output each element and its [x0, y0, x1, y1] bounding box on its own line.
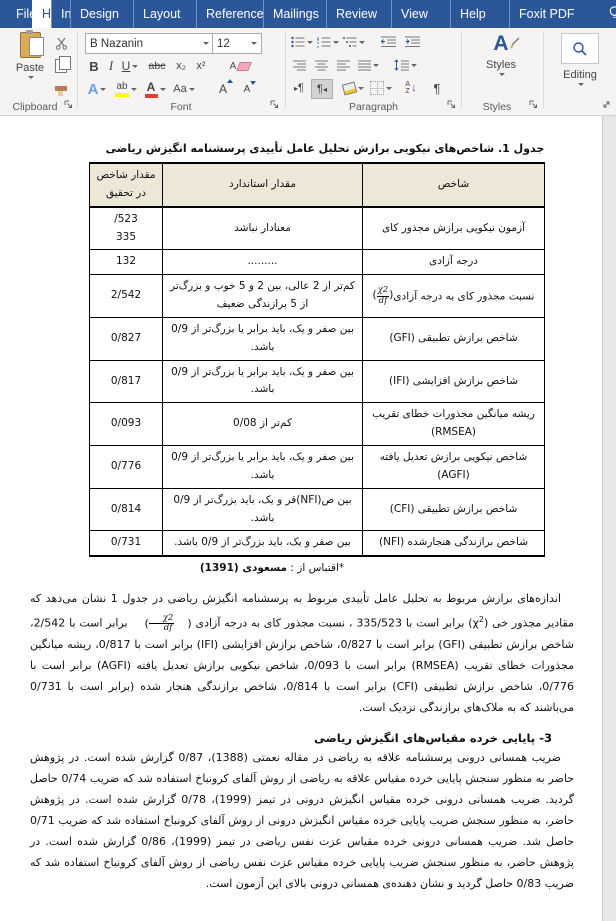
magnifier-box [561, 33, 599, 64]
table-row: شاخص برازندگی هنجارشده (NFI) بین صفر و ی… [90, 531, 545, 556]
chevron-down-icon [189, 88, 195, 91]
cell-index: شاخص برازش تطبیقی (GFI) [363, 317, 545, 360]
chevron-down-icon [100, 88, 106, 91]
cell-value: 0/731 [90, 531, 163, 556]
caption-source: مسعودی (1391) [200, 562, 287, 574]
search-icon [572, 41, 588, 57]
paste-clipboard-icon [20, 32, 41, 58]
text-effects-a: A [88, 81, 99, 98]
table-row: نسبت مجذور کای به درجه آزادی(χ2df) کم‌تر… [90, 275, 545, 318]
copy-icon [55, 59, 67, 73]
chevron-down-icon [251, 42, 257, 45]
section-heading-reliability: 3- پایایی خرده مقیاس‌های انگیزش ریاضی [30, 731, 552, 745]
cell-value: 132 [90, 250, 163, 275]
italic-button[interactable]: I [104, 57, 118, 75]
header-index: شاخص [363, 163, 545, 207]
cell-index: درجه آزادی [363, 250, 545, 275]
group-separator [543, 31, 544, 109]
cell-index: شاخص برازش افزایشی (IFI) [363, 360, 545, 403]
font-name-combo[interactable]: B Nazanin [85, 33, 214, 54]
copy-button[interactable] [52, 58, 70, 74]
table-row: شاخص برازش تطبیقی (CFI) بین ص(NFI)قر و ی… [90, 488, 545, 531]
line-spacing-button[interactable] [392, 57, 418, 73]
cell-index: شاخص نیکویی برازش تعدیل یافته (AGFI) [363, 445, 545, 488]
ltr-direction-button[interactable]: ▸¶ [289, 79, 309, 97]
borders-grid-icon [370, 81, 384, 95]
align-right-button[interactable] [290, 57, 308, 73]
tab-review[interactable]: Review [326, 0, 391, 28]
numbering-button[interactable] [316, 34, 340, 50]
text-highlight-button[interactable]: ab [112, 79, 140, 99]
chevron-down-icon [333, 41, 339, 44]
chevron-down-icon [307, 41, 313, 44]
justify-icon [358, 60, 371, 71]
font-size-combo[interactable]: 12 [212, 33, 262, 54]
underline-button[interactable]: U [118, 57, 142, 75]
shrink-font-icon: A [244, 84, 251, 95]
chi-square-df-fraction: (χ2df) [373, 286, 394, 307]
bullets-button[interactable] [290, 34, 314, 50]
cell-value: 0/776 [90, 445, 163, 488]
show-paragraph-marks-button[interactable]: ¶ [428, 79, 446, 97]
tab-insert[interactable]: Insert [51, 0, 70, 28]
clear-formatting-button[interactable]: A [228, 57, 252, 75]
chevron-down-icon [132, 65, 138, 68]
chevron-down-icon [499, 73, 505, 76]
paragraph-dialog-launcher[interactable] [447, 100, 456, 112]
tell-me-box[interactable]: Tell me [608, 0, 616, 28]
tab-file[interactable]: File [0, 0, 32, 28]
tab-help[interactable]: Help [450, 0, 509, 28]
font-color-button[interactable]: A [142, 79, 168, 99]
align-right-icon [293, 60, 306, 71]
vertical-scrollbar[interactable] [602, 116, 616, 921]
paragraph-segment: برابر است با 2/542، شاخص برازش تطبیقی (G… [30, 617, 574, 715]
change-case-glyph: Aa [173, 83, 186, 95]
paragraph-reliability: ضریب همسانی درونی پرسشنامه علاقه به ریاض… [30, 747, 574, 894]
cell-index: آزمون نیکویی برازش مجذور کای [363, 207, 545, 250]
cut-button[interactable] [52, 36, 70, 51]
editing-button-label: Editing [563, 69, 597, 81]
align-center-icon [315, 60, 328, 71]
clipboard-dialog-launcher[interactable] [64, 100, 73, 112]
bold-button[interactable]: B [86, 57, 102, 75]
table-row: آزمون نیکویی برازش مجذور کای معنادار نبا… [90, 207, 545, 250]
tab-home[interactable]: Home [32, 0, 51, 28]
styles-a-icon: A [493, 33, 508, 54]
chevron-down-icon [203, 42, 209, 45]
line-spacing-icon [394, 59, 409, 71]
multilevel-list-button[interactable] [342, 34, 366, 50]
cell-value: 0/814 [90, 488, 163, 531]
sort-button[interactable]: AZ↓ [400, 79, 422, 97]
font-color-icon: A [145, 81, 158, 98]
table-header-row: شاخص مقدار استاندارد مقدار شاخص در تحقیق [90, 163, 545, 207]
chi-square-df-fraction: (χ2df) [131, 613, 191, 634]
tab-view[interactable]: View [391, 0, 450, 28]
increase-indent-button[interactable] [402, 34, 422, 50]
grow-font-icon: A [219, 82, 227, 96]
bullet-list-icon [291, 36, 305, 48]
format-painter-icon [55, 86, 67, 91]
multilevel-list-icon [343, 36, 357, 48]
align-center-button[interactable] [312, 57, 330, 73]
styles-dialog-launcher[interactable] [529, 100, 538, 112]
chevron-down-icon [578, 83, 584, 86]
chevron-down-icon [359, 41, 365, 44]
paint-bucket-icon [341, 81, 356, 95]
ribbon-collapse-arrow[interactable] [602, 100, 611, 112]
styles-button[interactable]: A Styles [470, 33, 532, 76]
font-size-value: 12 [217, 38, 230, 50]
font-group-label: Font [78, 101, 284, 113]
align-left-icon [337, 60, 350, 71]
cell-value: 0/817 [90, 360, 163, 403]
underline-glyph: U [122, 59, 131, 73]
cell-index: شاخص برازش تطبیقی (CFI) [363, 488, 545, 531]
value-line-2: 335 [95, 229, 157, 247]
paste-label: Paste [16, 62, 44, 74]
superscript-button[interactable]: x² [192, 57, 210, 75]
change-case-button[interactable]: Aa [170, 79, 198, 99]
cell-standard: بین صفر و یک، باید بزرگ‌تر از 0/9 باشد. [163, 531, 363, 556]
format-painter-button[interactable] [52, 81, 70, 95]
clipboard-group-label: Clipboard [0, 101, 70, 113]
table-row: شاخص نیکویی برازش تعدیل یافته (AGFI) بین… [90, 445, 545, 488]
tab-design[interactable]: Design [70, 0, 133, 28]
table-row: شاخص برازش تطبیقی (GFI) بین صفر و یک، با… [90, 317, 545, 360]
table-row: ریشه میانگین مجذورات خطای تقریب (RMSEA) … [90, 403, 545, 446]
group-separator [77, 31, 78, 109]
paragraph-segment: ) برابر است با 335/523 ، نسبت مجذور کای … [192, 617, 473, 630]
header-value: مقدار شاخص در تحقیق [90, 163, 163, 207]
brush-icon [507, 37, 521, 51]
chevron-down-icon [131, 88, 137, 91]
cell-standard: بین صفر و یک، باید برابر یا بزرگ‌تر از 0… [163, 360, 363, 403]
group-separator [461, 31, 462, 109]
cell-standard: بین صفر و یک، باید برابر یا بزرگ‌تر از 0… [163, 445, 363, 488]
cell-standard: معنادار نباشد [163, 207, 363, 250]
align-left-button[interactable] [334, 57, 352, 73]
shrink-font-button[interactable]: A [238, 79, 256, 99]
chevron-down-icon [373, 64, 379, 67]
pilcrow-icon: ¶ [298, 82, 304, 94]
cell-standard: بین صفر و یک، باید برابر یا بزرگ‌تر از 0… [163, 317, 363, 360]
editing-button[interactable]: Editing [552, 33, 608, 86]
subscript-button[interactable]: x₂ [172, 57, 190, 75]
styles-button-label: Styles [486, 59, 516, 71]
tab-layout[interactable]: Layout [133, 0, 196, 28]
rtl-direction-button[interactable]: ¶◂ [311, 79, 333, 99]
chevron-down-icon [28, 76, 34, 79]
paste-button[interactable]: Paste [8, 32, 52, 79]
cell-value: 0/093 [90, 403, 163, 446]
cell-index: شاخص برازندگی هنجارشده (NFI) [363, 531, 545, 556]
chevron-down-icon [358, 87, 364, 90]
cell-value: 0/827 [90, 317, 163, 360]
sort-az-icon: AZ↓ [405, 81, 416, 95]
ribbon-home: Paste Clipboard B Nazanin 12 B I U abc x… [0, 28, 616, 116]
text-effects-button[interactable]: A [84, 79, 110, 99]
decrease-indent-button[interactable] [378, 34, 398, 50]
paragraph-group-label: Paragraph [286, 101, 461, 113]
highlighter-icon: ab [115, 82, 129, 97]
table-row: شاخص برازش افزایشی (IFI) بین صفر و یک، ب… [90, 360, 545, 403]
cell-standard: کم‌تر از 0/08 [163, 403, 363, 446]
cell-standard: ......... [163, 250, 363, 275]
grow-font-button[interactable]: A [214, 79, 232, 99]
indent-right-icon [405, 36, 420, 48]
font-dialog-launcher[interactable] [270, 100, 279, 112]
chi-df-label: نسبت مجذور کای به درجه آزادی [393, 290, 534, 302]
table-title: جدول 1. شاخص‌های نیکویی برازش تحلیل عامل… [90, 142, 560, 155]
cell-standard: کم‌تر از 2 عالی، بین 2 و 5 خوب و بزرگ‌تر… [163, 275, 363, 318]
justify-button[interactable] [356, 57, 380, 73]
cell-value: /523 335 [90, 207, 163, 250]
borders-button[interactable] [368, 79, 394, 97]
tab-mailings[interactable]: Mailings [263, 0, 326, 28]
numbered-list-icon [317, 36, 331, 48]
lightbulb-icon [608, 5, 616, 23]
caption-prefix: *اقتباس از : [287, 562, 344, 574]
ribbon-tab-bar: File Home Insert Design Layout Reference… [0, 0, 616, 28]
group-separator [285, 31, 286, 109]
styles-group-label: Styles [462, 101, 532, 113]
table-row: درجه آزادی ......... 132 [90, 250, 545, 275]
font-name-value: B Nazanin [90, 38, 143, 50]
tab-foxit-pdf[interactable]: Foxit PDF [509, 0, 580, 28]
eraser-icon [237, 62, 253, 71]
rtl-arrow-icon: ◂ [323, 85, 327, 94]
tab-references[interactable]: References [196, 0, 263, 28]
cell-standard: بین ص(NFI)قر و یک، باید بزرگ‌تر از 0/9 ب… [163, 488, 363, 531]
cell-value: 2/542 [90, 275, 163, 318]
document-page: جدول 1. شاخص‌های نیکویی برازش تحلیل عامل… [0, 116, 602, 921]
cell-index: ریشه میانگین مجذورات خطای تقریب (RMSEA) [363, 403, 545, 446]
shading-button[interactable] [340, 79, 366, 97]
header-standard: مقدار استاندارد [163, 163, 363, 207]
fit-indices-table: شاخص مقدار استاندارد مقدار شاخص در تحقیق… [89, 162, 545, 557]
chevron-down-icon [411, 64, 417, 67]
scissors-icon [55, 37, 68, 50]
chevron-down-icon [160, 88, 166, 91]
indent-left-icon [381, 36, 396, 48]
cell-index: نسبت مجذور کای به درجه آزادی(χ2df) [363, 275, 545, 318]
strikethrough-button[interactable]: abc [144, 57, 170, 75]
table-caption: *اقتباس از : مسعودی (1391) [30, 562, 514, 574]
chevron-down-icon [386, 87, 392, 90]
value-line-1: /523 [95, 211, 157, 229]
paragraph-fit-results: اندازه‌های برازش مربوط به تحلیل عامل تأی… [30, 588, 574, 718]
